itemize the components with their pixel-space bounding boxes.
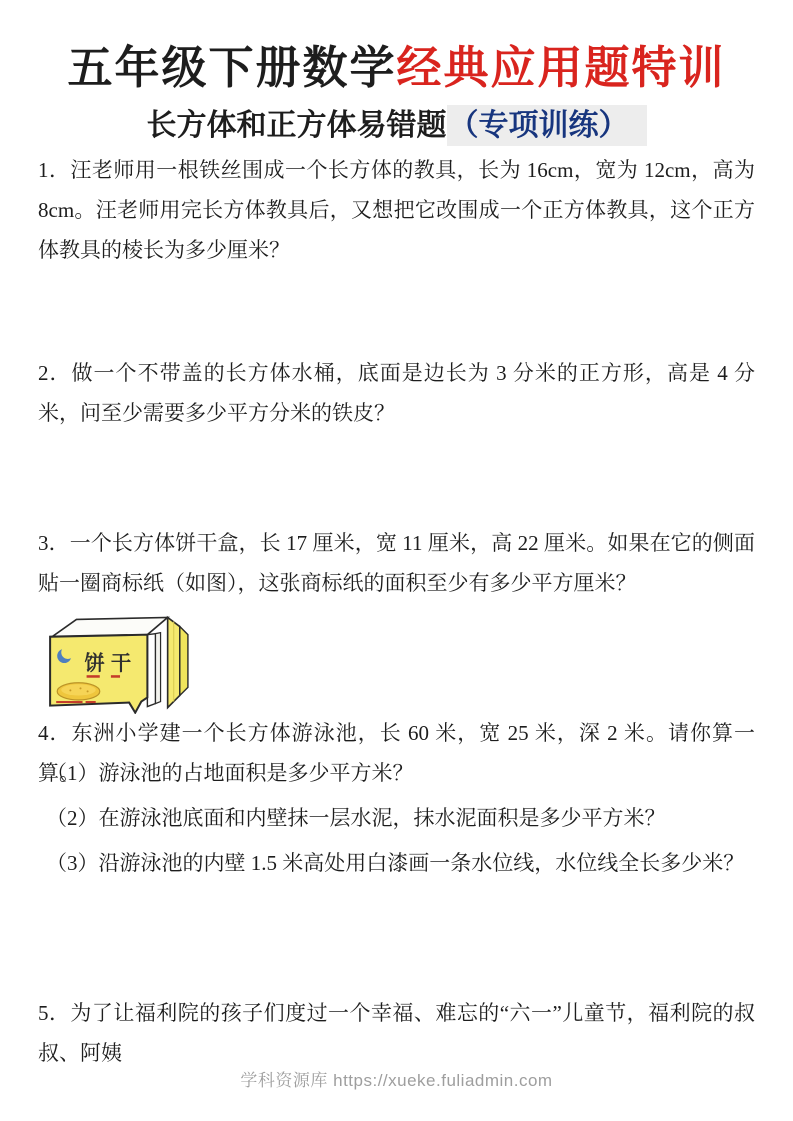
label-small-red-text-2: [111, 675, 120, 678]
problem-4-sub-3: （3）沿游泳池的内壁 1.5 米高处用白漆画一条水位线，水位线全长多少米？: [46, 841, 755, 886]
moon-mask-shape: [61, 646, 74, 659]
box-side-strip: [147, 634, 155, 707]
problem-3: 3．一个长方体饼干盒，长 17 厘米，宽 11 厘米，高 22 厘米。如果在它的…: [38, 523, 755, 603]
problem-4-subquestions: （1）游泳池的占地面积是多少平方米？ （2）在游泳池底面和内壁抹一层水泥，抹水泥…: [46, 751, 755, 886]
problem-2: 2．做一个不带盖的长方体水桶，底面是边长为 3 分米的正方形，高是 4 分米，问…: [38, 353, 755, 433]
biscuit-dot: [79, 687, 81, 689]
label-wrap-edge: [180, 627, 188, 696]
biscuit-box-image: 饼干: [42, 608, 194, 714]
footer-source-text: 学科资源库 https://xueke.fuliadmin.com: [240, 1071, 552, 1090]
label-footer-red-text-2: [86, 701, 96, 703]
section-subtitle: 长方体和正方体易错题（专项训练）: [0, 104, 793, 148]
box-side-strip-2: [155, 633, 160, 704]
label-small-red-text: [87, 675, 100, 678]
biscuit-box-drawing: 饼干: [42, 608, 194, 714]
worksheet-page: 五年级下册数学经典应用题特训 长方体和正方体易错题（专项训练） 1．汪老师用一根…: [0, 0, 793, 1121]
page-title: 五年级下册数学经典应用题特训: [0, 40, 793, 96]
biscuit-dot: [69, 689, 71, 691]
biscuit-highlight: [61, 684, 95, 695]
label-brand-text: 饼干: [85, 651, 138, 675]
subtitle-tag: （专项训练）: [447, 105, 647, 146]
title-highlight-part: 经典应用题特训: [397, 42, 726, 93]
label-footer-red-text: [56, 701, 82, 703]
problem-5: 5．为了让福利院的孩子们度过一个幸福、难忘的“六一”儿童节，福利院的叔叔、阿姨: [38, 993, 755, 1073]
subtitle-topic: 长方体和正方体易错题: [147, 109, 447, 142]
problem-1: 1．汪老师用一根铁丝围成一个长方体的教具，长为 16cm，宽为 12cm，高为 …: [38, 150, 755, 270]
title-grade-part: 五年级下册数学: [67, 42, 396, 93]
watermark-footer: 学科资源库 https://xueke.fuliadmin.com: [0, 1066, 793, 1091]
biscuit-dot: [87, 690, 89, 692]
problem-4-sub-1: （1）游泳池的占地面积是多少平方米？: [46, 751, 755, 796]
problem-4-sub-2: （2）在游泳池底面和内壁抹一层水泥，抹水泥面积是多少平方米？: [46, 796, 755, 841]
